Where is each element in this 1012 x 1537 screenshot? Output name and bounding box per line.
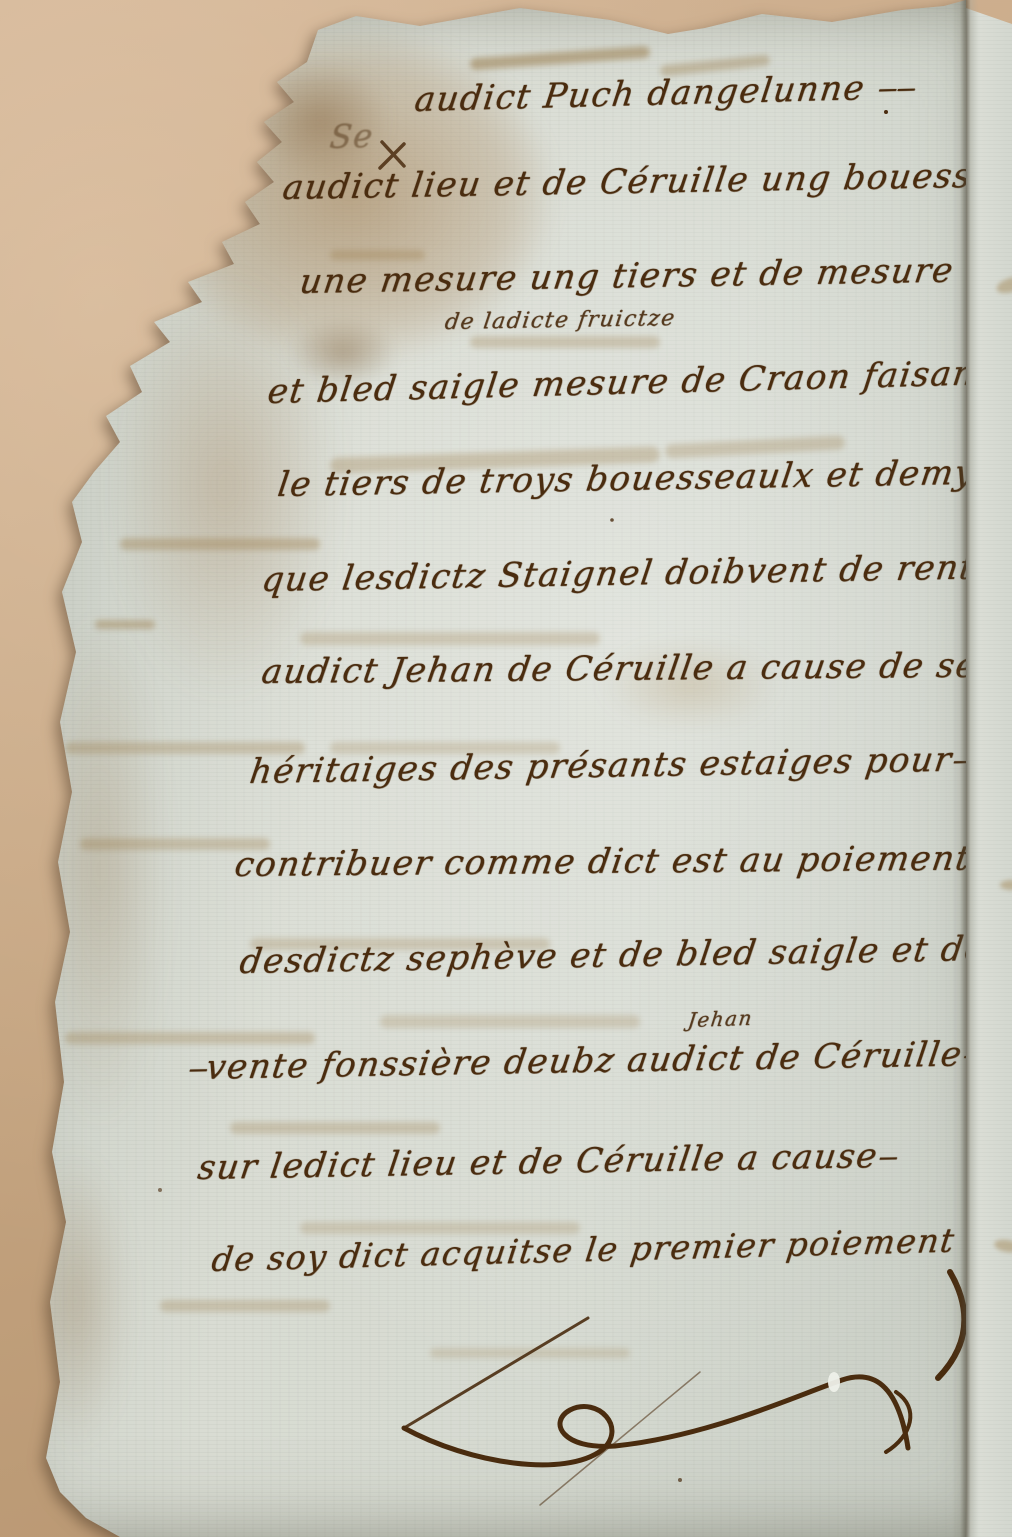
manuscript-line: une mesure ung tiers et de mesure ⎯ [297,250,987,302]
paper-fiber-highlight [828,1372,840,1392]
bleedthrough-mark [470,336,660,348]
stain-mark [20,1150,130,1450]
manuscript-page-wrap: Se audict Puch dangelunne ⎯⎯ audict lieu… [0,0,1012,1537]
interlinear-note: Jehan [687,1006,755,1032]
manuscript-line: ⎯vente fonssière deubz audict de Céruill… [185,1034,984,1088]
stain-mark [35,610,165,1130]
interlinear-note: de ladicte fruictze [443,306,677,335]
bleedthrough-mark [95,620,155,629]
bleedthrough-mark [380,1015,640,1028]
manuscript-line: et bled saigle mesure de Craon faisant⎯ [265,353,1012,413]
bleedthrough-mark [300,632,600,645]
photograph-of-manuscript: { "meta": { "description": "Photograph o… [0,0,1012,1537]
manuscript-line: que lesdictz Staignel doibvent de rente⎯ [259,547,1012,600]
faint-word: Se [328,116,376,156]
bleedthrough-mark [120,538,320,550]
manuscript-line: contribuer comme dict est au poiement⎯ [232,838,992,885]
manuscript-page: Se audict Puch dangelunne ⎯⎯ audict lieu… [0,0,1012,1537]
bleedthrough-mark [430,1348,630,1358]
bleedthrough-mark [160,1300,330,1312]
manuscript-line: audict lieu et de Céruille ung bouesseau… [280,154,1012,208]
manuscript-line: héritaiges des présants estaiges pour⎯ [247,739,973,792]
manuscript-line: sur ledict lieu et de Céruille a cause⎯ [195,1136,899,1188]
bleedthrough-mark [230,1122,440,1134]
manuscript-line: de soy dict acquitse le premier poiement [209,1220,957,1279]
manuscript-line: desdictz sephève et de bled saigle et de… [237,928,1012,982]
cross-mark [380,142,404,168]
bleedthrough-mark [470,46,650,71]
manuscript-line: audict Jehan de Céruille a cause de ses [259,646,999,692]
manuscript-line: audict Puch dangelunne ⎯⎯ [412,67,917,120]
bleedthrough-mark [65,1032,315,1044]
bleedthrough-mark [330,250,425,260]
manuscript-line: le tiers de troys bouesseaulx et demy ⎯ [275,452,1009,505]
